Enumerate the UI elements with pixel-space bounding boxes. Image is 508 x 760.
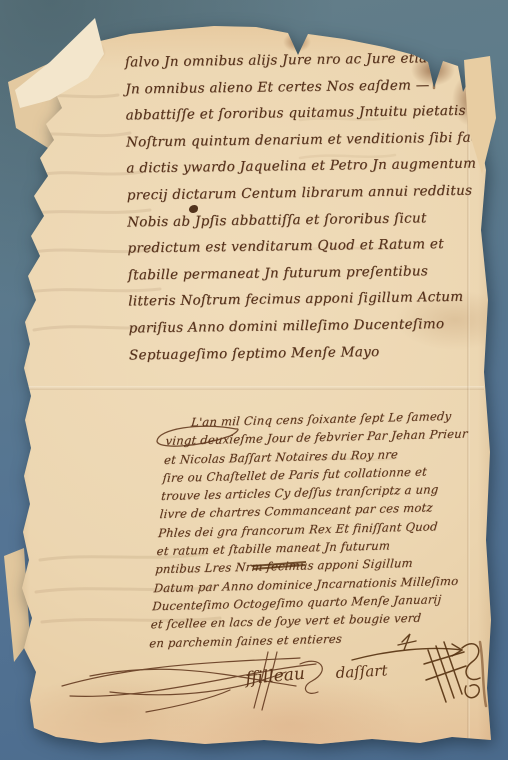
latin-charter-block: ſalvo Jn omnibus alijs Jure nro ac Jure …: [125, 50, 481, 374]
signature-bassart: daſſart: [335, 661, 389, 682]
signature-underline-flourishes: [62, 652, 322, 712]
monogram-paraph: [424, 642, 480, 702]
photo-scene: ſalvo Jn omnibus alijs Jure nro ac Jure …: [0, 0, 508, 760]
horizontal-fold-crease: [26, 386, 484, 390]
paper-shadow-wrap: ſalvo Jn omnibus alijs Jure nro ac Jure …: [0, 0, 508, 760]
manuscript-line: Septuageſimo ſeptimo Menſe Mayo: [129, 342, 481, 374]
french-notarial-block: L'an mil Cinq cens ſoixante ſept Le ſame…: [148, 408, 503, 655]
signature-filleau: ffilleau: [243, 664, 306, 689]
manuscript-sheet: ſalvo Jn omnibus alijs Jure nro ac Jure …: [0, 0, 508, 760]
